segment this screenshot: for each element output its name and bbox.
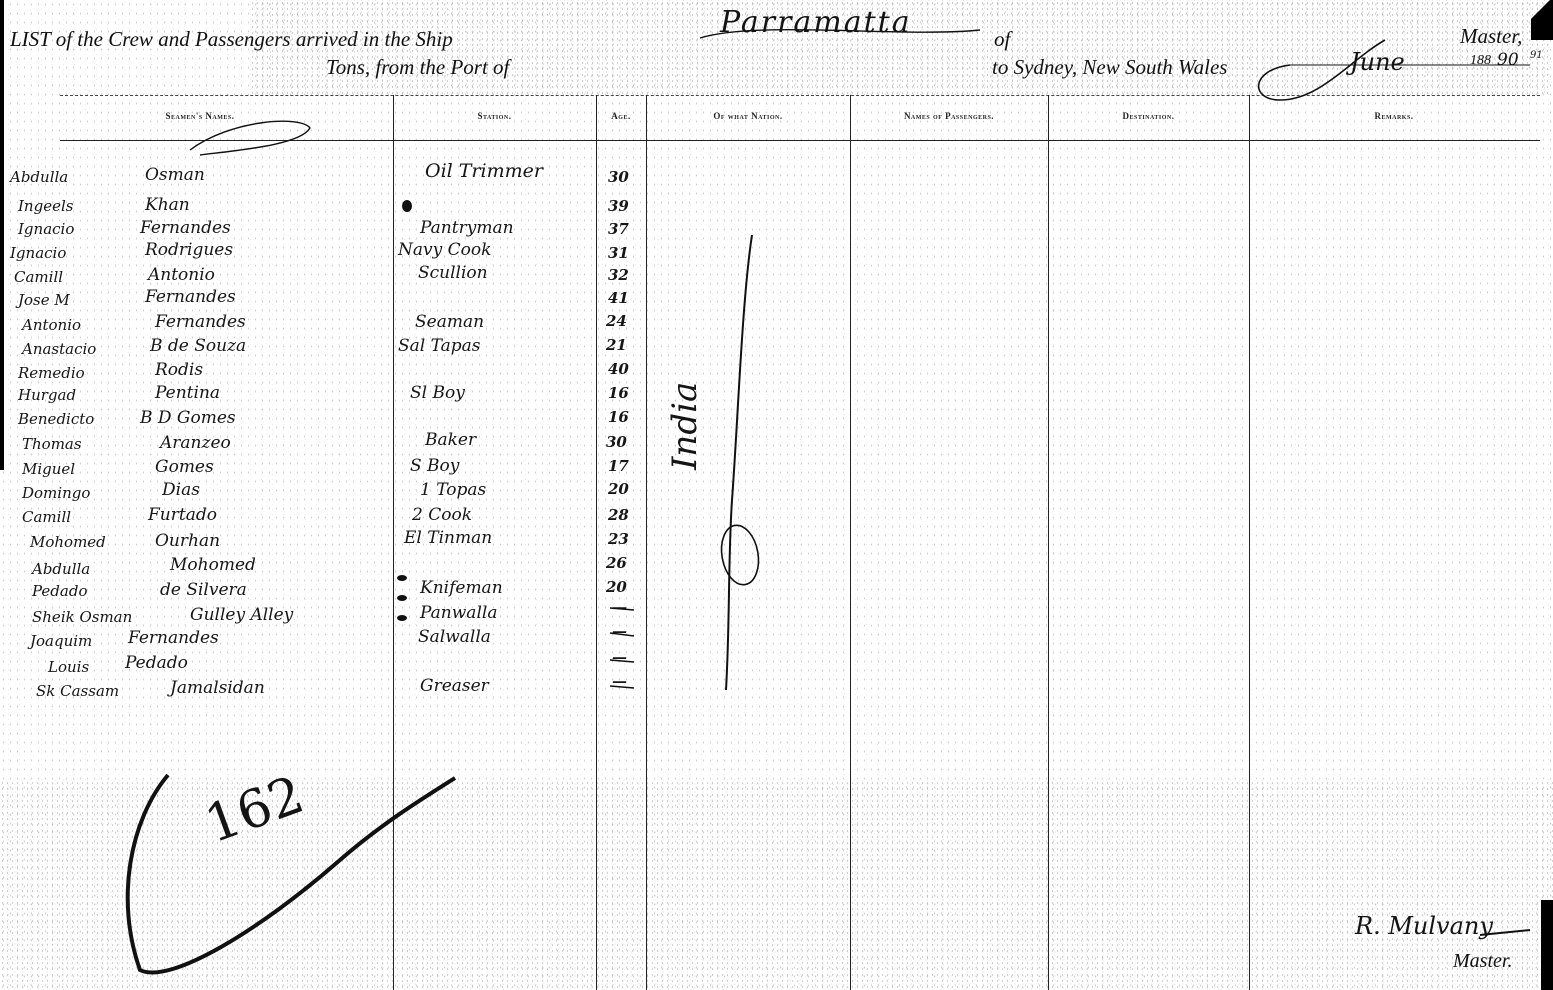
station: Oil Trimmer <box>425 160 543 182</box>
seaman-last-name: Fernandes <box>145 287 236 307</box>
age: 32 <box>608 266 629 284</box>
master-signature: R. Mulvany <box>1355 912 1493 940</box>
age: 37 <box>608 220 629 238</box>
age: 16 <box>608 408 629 426</box>
seaman-first-name: Remedio <box>18 364 85 382</box>
of-label: of <box>994 27 1010 52</box>
seaman-first-name: Sk Cassam <box>36 682 119 700</box>
age: 28 <box>608 506 629 524</box>
seaman-first-name: Ingeels <box>18 197 73 215</box>
station: El Tinman <box>404 528 492 548</box>
date-month: June <box>1350 48 1405 76</box>
age: — <box>612 622 627 640</box>
age: 30 <box>606 433 627 451</box>
station: Navy Cook <box>398 240 491 260</box>
colhead-station: Station. <box>393 111 596 121</box>
colhead-age: Age. <box>596 111 646 121</box>
age: 31 <box>608 244 629 262</box>
seaman-first-name: Antonio <box>22 316 81 334</box>
seaman-first-name: Ignacio <box>10 244 66 262</box>
seaman-last-name: Dias <box>162 480 200 500</box>
age: 24 <box>606 312 627 330</box>
seaman-last-name: Khan <box>145 195 190 215</box>
seaman-first-name: Ignacio <box>18 220 74 238</box>
age: 41 <box>608 289 629 307</box>
scan-corner-top-right <box>1531 0 1553 40</box>
age: 39 <box>608 197 629 215</box>
age: 30 <box>608 168 629 186</box>
ship-name: Parramatta <box>720 5 912 40</box>
col-divider-passengers <box>850 95 851 990</box>
seaman-first-name: Joaquim <box>30 632 92 650</box>
master-label: Master, <box>1460 24 1522 49</box>
seaman-first-name: Jose M <box>18 291 70 309</box>
year-written: 90 <box>1497 50 1519 70</box>
seaman-last-name: Rodis <box>155 360 203 380</box>
age: 20 <box>608 480 629 498</box>
seaman-first-name: Pedado <box>32 582 87 600</box>
station: Seaman <box>415 312 484 332</box>
year-printed: 188 <box>1470 53 1491 69</box>
age: — <box>612 648 627 666</box>
age: — <box>612 598 627 616</box>
destination-label: to Sydney, New South Wales <box>992 55 1227 80</box>
seaman-last-name: Pedado <box>125 653 188 673</box>
age: 21 <box>606 336 627 354</box>
station: Sal Tapas <box>398 336 481 356</box>
station: Baker <box>425 430 476 450</box>
seaman-first-name: Miguel <box>22 460 75 478</box>
colhead-destination: Destination. <box>1048 111 1249 121</box>
station: Scullion <box>418 263 488 283</box>
footer-master-label: Master. <box>1453 950 1512 973</box>
seaman-last-name: Antonio <box>148 265 215 285</box>
seaman-last-name: Aranzeo <box>160 433 231 453</box>
seaman-first-name: Louis <box>48 658 89 676</box>
colhead-seamen-names: Seamen's Names. <box>100 111 300 121</box>
seaman-first-name: Anastacio <box>22 340 96 358</box>
scan-edge-left <box>0 0 4 470</box>
station: Panwalla <box>420 603 497 623</box>
seaman-last-name: Mohomed <box>170 555 256 575</box>
seaman-first-name: Abdulla <box>10 168 68 186</box>
title-line-1: LIST of the Crew and Passengers arrived … <box>10 27 453 52</box>
scan-corner-bottom-right <box>1541 900 1553 990</box>
seaman-last-name: Fernandes <box>128 628 219 648</box>
seaman-first-name: Camill <box>22 508 71 526</box>
age: — <box>612 672 627 690</box>
seaman-last-name: de Silvera <box>160 580 247 600</box>
seaman-first-name: Camill <box>14 268 63 286</box>
colhead-remarks: Remarks. <box>1249 111 1539 121</box>
seaman-last-name: Gulley Alley <box>190 605 293 625</box>
colhead-passengers: Names of Passengers. <box>850 111 1048 121</box>
col-divider-age <box>596 95 597 990</box>
seaman-first-name: Sheik Osman <box>32 608 132 626</box>
seaman-last-name: Fernandes <box>140 218 231 238</box>
station: Knifeman <box>420 578 503 598</box>
col-divider-nation <box>646 95 647 990</box>
seaman-last-name: Rodrigues <box>145 240 233 260</box>
seaman-first-name: Mohomed <box>30 533 106 551</box>
station: Sl Boy <box>410 383 465 403</box>
seaman-last-name: Fernandes <box>155 312 246 332</box>
table-top-rule <box>60 95 1540 96</box>
col-divider-destination <box>1048 95 1049 990</box>
age: 17 <box>608 457 629 475</box>
station: 1 Topas <box>420 480 486 500</box>
age: 20 <box>606 578 627 596</box>
seaman-last-name: Furtado <box>148 505 217 525</box>
age: 26 <box>606 554 627 572</box>
seaman-last-name: Jamalsidan <box>170 678 265 698</box>
seaman-first-name: Benedicto <box>18 410 94 428</box>
station: Greaser <box>420 676 489 696</box>
colhead-nation: Of what Nation. <box>646 111 850 121</box>
col-divider-remarks <box>1249 95 1250 990</box>
folio-number: 162 <box>198 765 312 855</box>
seaman-last-name: B de Souza <box>150 336 246 356</box>
seaman-last-name: Pentina <box>155 383 220 403</box>
header-bottom-rule <box>60 140 1540 141</box>
col-divider-station <box>393 95 394 990</box>
station: Pantryman <box>420 218 514 238</box>
seaman-last-name: Gomes <box>155 457 214 477</box>
seaman-first-name: Hurgad <box>18 386 76 404</box>
station: S Boy <box>410 456 459 476</box>
nation-entry: India <box>665 382 705 470</box>
title-line-2: Tons, from the Port of <box>326 55 509 80</box>
seaman-last-name: B D Gomes <box>140 408 236 428</box>
seaman-first-name: Domingo <box>22 484 90 502</box>
seaman-last-name: Osman <box>145 165 205 185</box>
station: Salwalla <box>418 627 491 647</box>
seaman-first-name: Abdulla <box>32 560 90 578</box>
seaman-first-name: Thomas <box>22 435 82 453</box>
seaman-last-name: Ourhan <box>155 531 220 551</box>
age: 16 <box>608 384 629 402</box>
age: 40 <box>608 360 629 378</box>
age: 23 <box>608 530 629 548</box>
year-alt: 91 <box>1530 50 1543 61</box>
station: 2 Cook <box>412 505 472 525</box>
